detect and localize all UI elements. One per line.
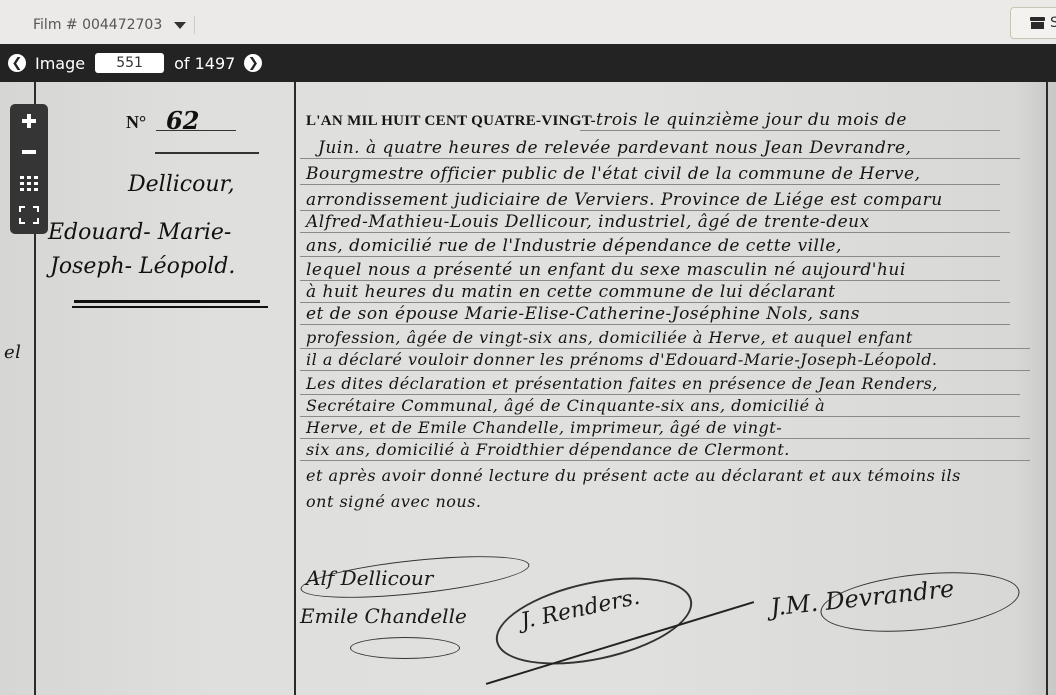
text-line-9: et de son épouse Marie-Elise-Catherine-J… [306,304,860,324]
text-line-14: Herve, et de Emile Chandelle, imprimeur,… [306,418,782,437]
text-line-13: Secrétaire Communal, âgé de Cinquante-si… [306,396,825,415]
minus-icon [22,150,36,154]
text-line-4: arrondissement judiciaire de Verviers. P… [306,190,943,210]
text-line-11: il a déclaré vouloir donner les prénoms … [306,350,938,369]
film-selector[interactable]: Film # 004472703 [33,16,195,34]
margin-given-names-2: Joseph- Léopold. [50,254,235,279]
margin-double-rule [74,300,260,303]
zoom-controls [10,104,48,234]
fullscreen-button[interactable] [10,200,48,230]
number-underline [156,130,236,131]
record-number-label: N° [126,112,146,133]
previous-image-icon[interactable]: ❮ [8,54,26,72]
next-image-icon[interactable]: ❯ [244,54,262,72]
text-line-16: et après avoir donné lecture du présent … [306,466,961,485]
record-image: el N° 62 Dellicour, Edouard- Marie- Jose… [0,82,1056,695]
film-number-label: Film # 004472703 [33,17,162,33]
text-line-6: ans, domicilié rue de l'Industrie dépend… [306,236,842,256]
signature-chandelle: Emile Chandelle [300,604,467,628]
chevron-down-icon[interactable] [174,22,186,29]
left-page-fragment: el [4,342,21,363]
text-line-17: ont signé avec nous. [306,492,482,511]
grid-icon [20,176,38,190]
image-total-label: of 1497 [174,54,235,73]
text-line-8: à huit heures du matin en cette commune … [306,282,836,302]
page-right-edge-line [1046,82,1048,695]
margin-surname: Dellicour, [128,172,235,197]
zoom-out-button[interactable] [10,137,48,167]
text-line-1: L'AN MIL HUIT CENT QUATRE-VINGT-trois le… [306,110,907,130]
top-toolbar: Film # 004472703 S [0,0,1056,44]
image-navigation-bar: ❮ Image of 1497 ❯ [0,44,1056,82]
image-label: Image [35,54,85,73]
image-number-input[interactable] [95,53,164,73]
text-line-2: Juin. à quatre heures de relevée pardeva… [318,138,911,158]
fullscreen-icon [19,206,39,224]
text-line-12: Les dites déclaration et présentation fa… [306,374,938,393]
thumbnail-grid-button[interactable] [10,168,48,198]
signature-dellicour: Alf Dellicour [306,566,433,590]
text-line-15: six ans, domicilié à Froidthier dépendan… [306,440,790,459]
margin-double-rule [72,306,268,308]
divider [194,16,195,34]
number-divider [155,152,259,154]
text-line-3: Bourgmestre officier public de l'état ci… [306,164,921,184]
archive-box-icon [1030,17,1045,29]
margin-column-line [294,82,296,695]
zoom-in-button[interactable] [10,106,48,136]
margin-given-names-1: Edouard- Marie- [48,220,231,245]
text-line-5: Alfred-Mathieu-Louis Dellicour, industri… [306,212,870,232]
save-button-label: S [1050,15,1056,31]
image-viewer[interactable]: el N° 62 Dellicour, Edouard- Marie- Jose… [0,82,1056,695]
save-button[interactable]: S [1010,7,1056,39]
text-line-10: profession, âgée de vingt-six ans, domic… [306,328,913,347]
plus-icon [22,114,36,128]
text-line-7: lequel nous a présenté un enfant du sexe… [306,260,906,280]
